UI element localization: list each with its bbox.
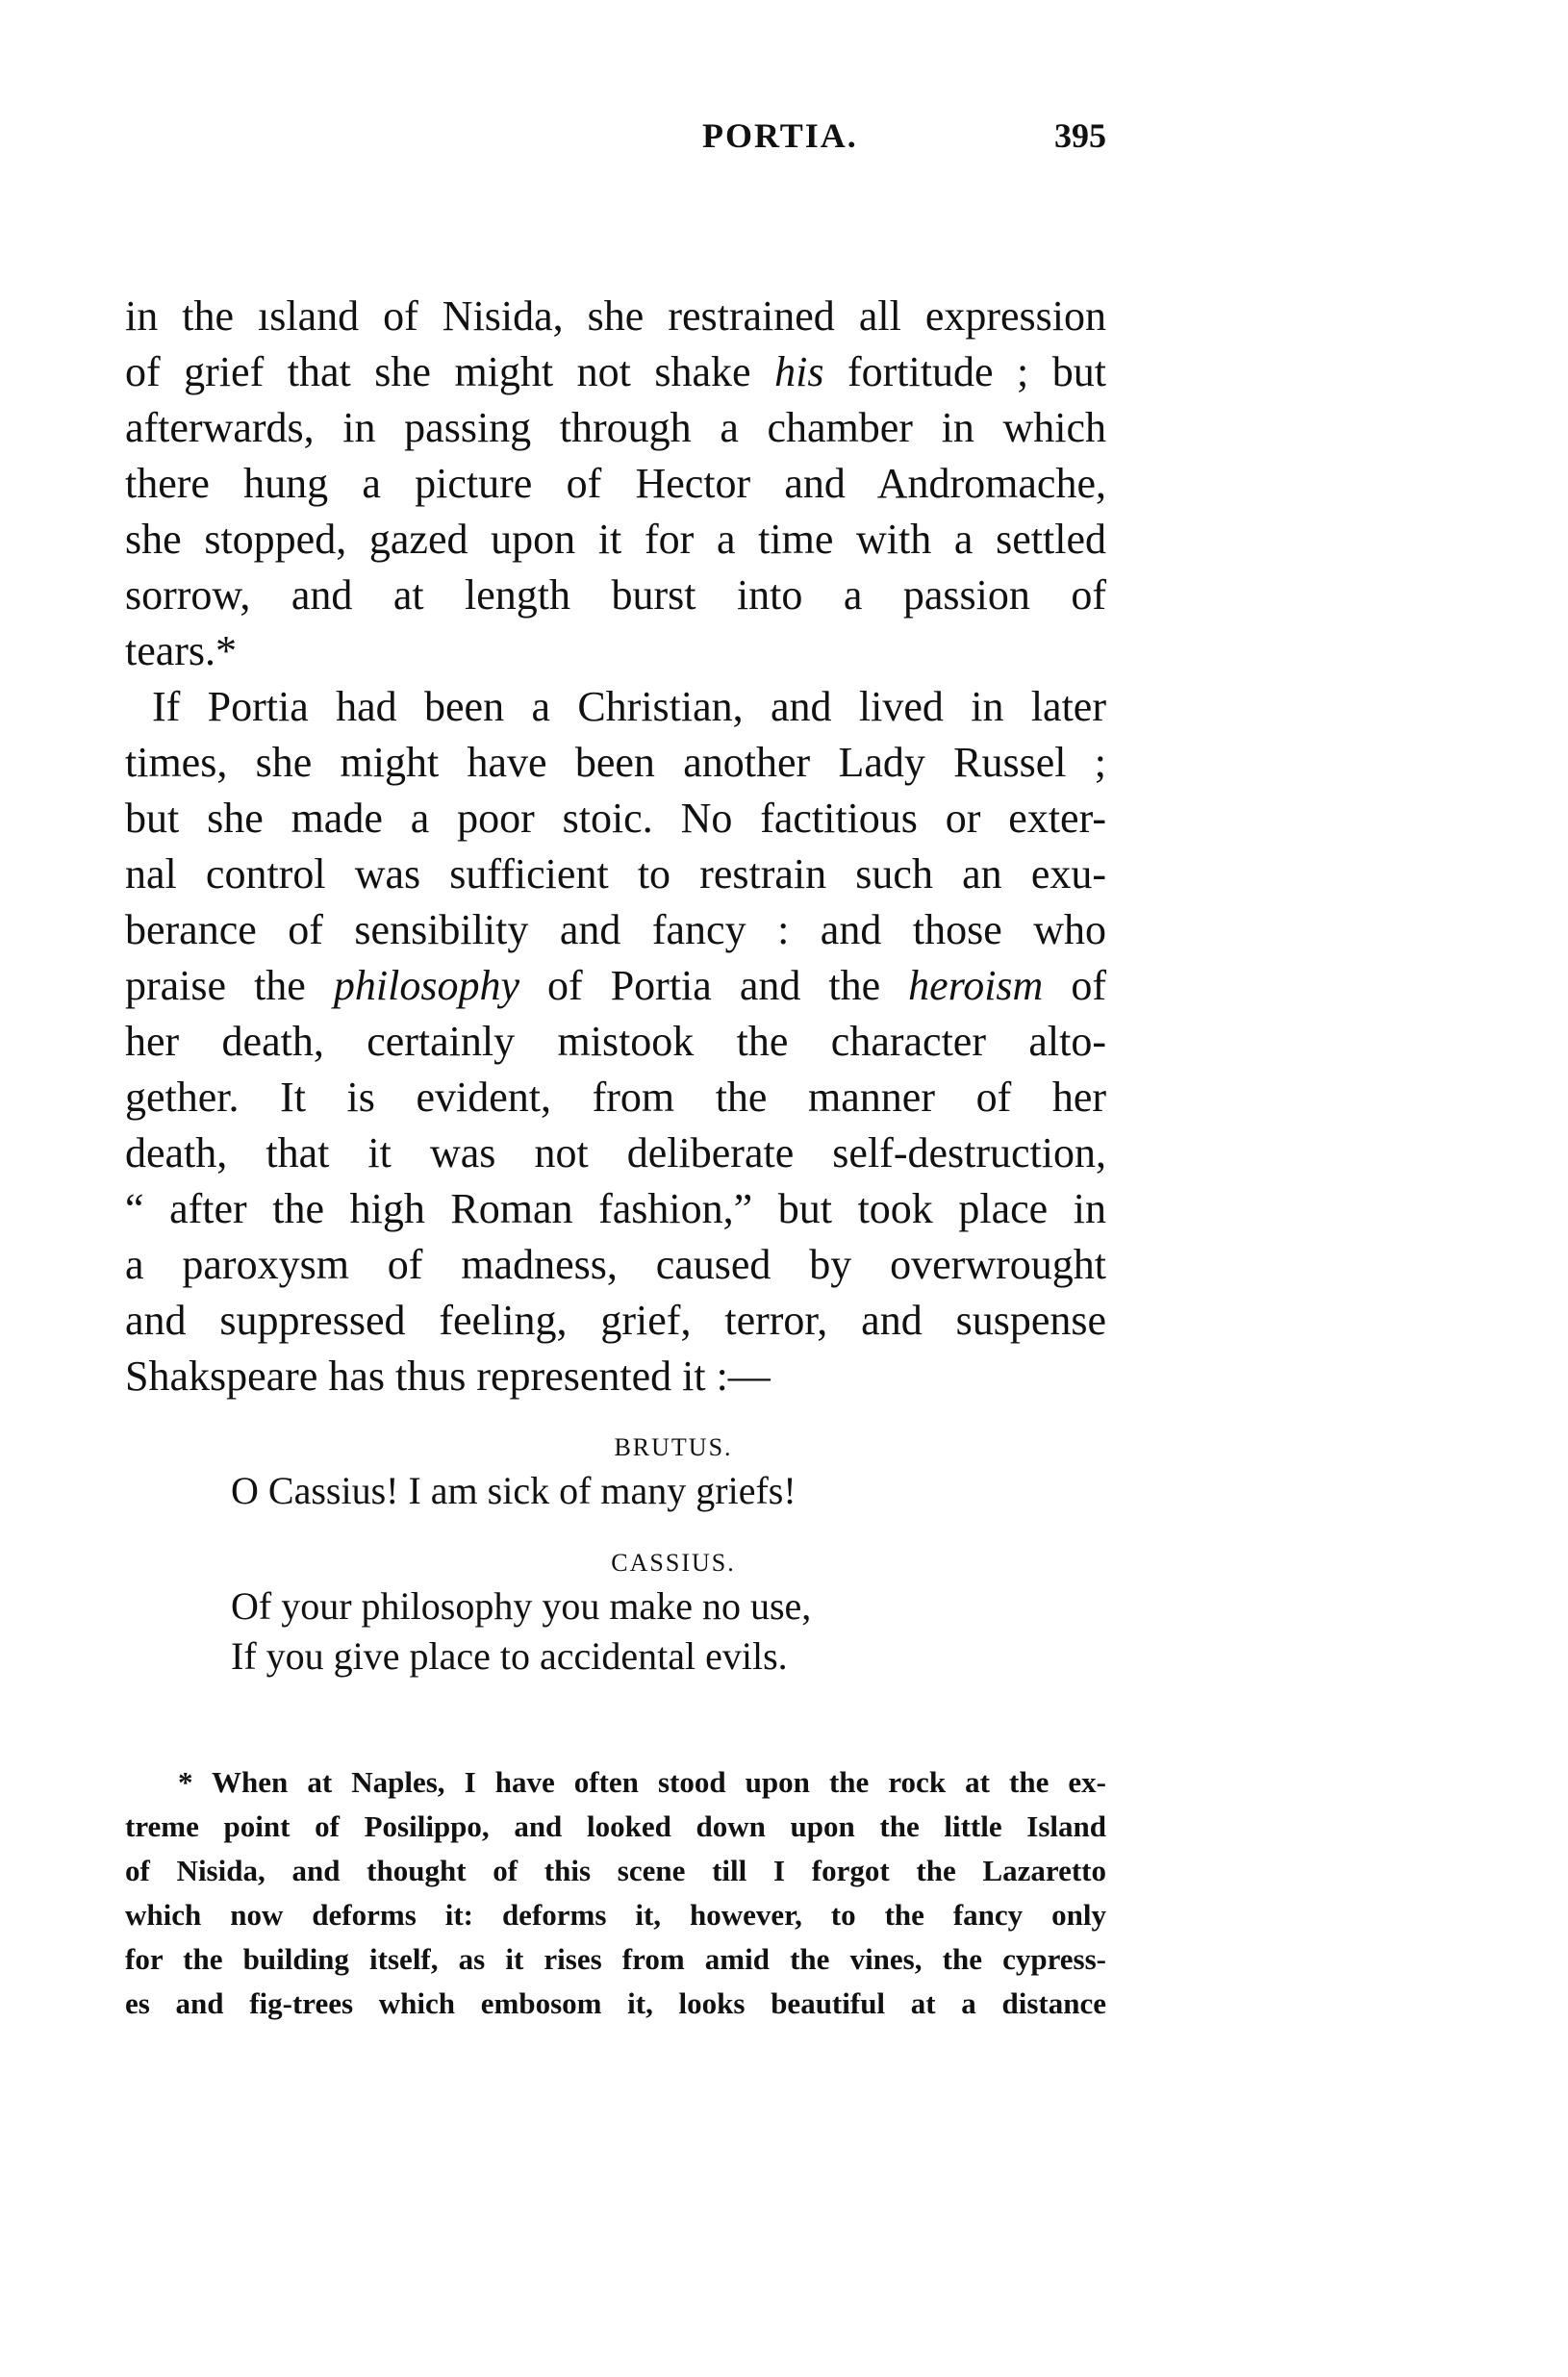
text-segment: fortitude ; but [823,348,1106,395]
speech-cassius: CASSIUS. Of your philosophy you make no … [125,1549,1106,1682]
speech-brutus: BRUTUS. O Cassius! I am sick of many gri… [125,1433,1106,1516]
text-line: afterwards, in passing through a chamber… [125,400,1106,456]
text-line: and suppressed feeling, grief, terror, a… [125,1293,1106,1349]
text-segment: of grief that she might not shake [125,348,774,395]
text-line: of grief that she might not shake his fo… [125,344,1106,400]
footnote-line: for the building itself, as it rises fro… [125,1937,1106,1982]
text-line: her death, certainly mistook the charact… [125,1014,1106,1070]
verse-line: Of your philosophy you make no use, [125,1581,1106,1631]
text-line: Shakspeare has thus represented it :— [125,1349,1106,1404]
text-segment: of Portia and the [519,962,908,1009]
footnote-line: of Nisida, and thought of this scene til… [125,1849,1106,1893]
text-line: there hung a picture of Hector and Andro… [125,456,1106,512]
page-number: 395 [1054,115,1106,156]
text-line-footnote-ref: tears.* [125,623,1106,679]
speaker-name: CASSIUS. [125,1549,1106,1578]
text-line: berance of sensibility and fancy : and t… [125,902,1106,958]
running-header: PORTIA. 395 [125,115,1106,164]
text-line: praise the philosophy of Portia and the … [125,958,1106,1014]
text-line: sorrow, and at length burst into a passi… [125,568,1106,623]
text-line: gether. It is evident, from the manner o… [125,1070,1106,1125]
book-page: PORTIA. 395 in the ısland of Nisida, she… [0,0,1568,2377]
italic-emphasis: heroism [908,962,1043,1009]
text-line: nal control was sufficient to restrain s… [125,847,1106,902]
dramatic-quotation: BRUTUS. O Cassius! I am sick of many gri… [125,1433,1106,1714]
text-segment: of [1043,962,1106,1009]
verse-line: O Cassius! I am sick of many griefs! [125,1466,1106,1516]
verse-line: If you give place to accidental evils. [125,1631,1106,1682]
running-title: PORTIA. [702,115,858,156]
text-line: in the ısland of Nisida, she restrained … [125,289,1106,344]
text-segment: praise the [125,962,334,1009]
text-line: times, she might have been another Lady … [125,735,1106,791]
footnote-line: treme point of Posilippo, and looked dow… [125,1805,1106,1849]
paragraph-start: If Portia had been a Christian, and live… [125,679,1106,735]
footnote: * When at Naples, I have often stood upo… [125,1760,1106,2026]
text-line: death, that it was not deliberate self-d… [125,1125,1106,1181]
italic-emphasis: philosophy [334,962,519,1009]
footnote-line: * When at Naples, I have often stood upo… [125,1760,1106,1805]
italic-emphasis: his [774,348,823,395]
text-line: a paroxysm of madness, caused by overwro… [125,1237,1106,1293]
text-line: she stopped, gazed upon it for a time wi… [125,512,1106,568]
text-line: “ after the high Roman fashion,” but too… [125,1181,1106,1237]
speaker-name: BRUTUS. [125,1433,1106,1462]
text-line: but she made a poor stoic. No factitious… [125,791,1106,847]
footnote-line: es and fig-trees which embosom it, looks… [125,1982,1106,2026]
footnote-line: which now deforms it: deforms it, howeve… [125,1893,1106,1937]
body-text: in the ısland of Nisida, she restrained … [125,289,1106,1404]
